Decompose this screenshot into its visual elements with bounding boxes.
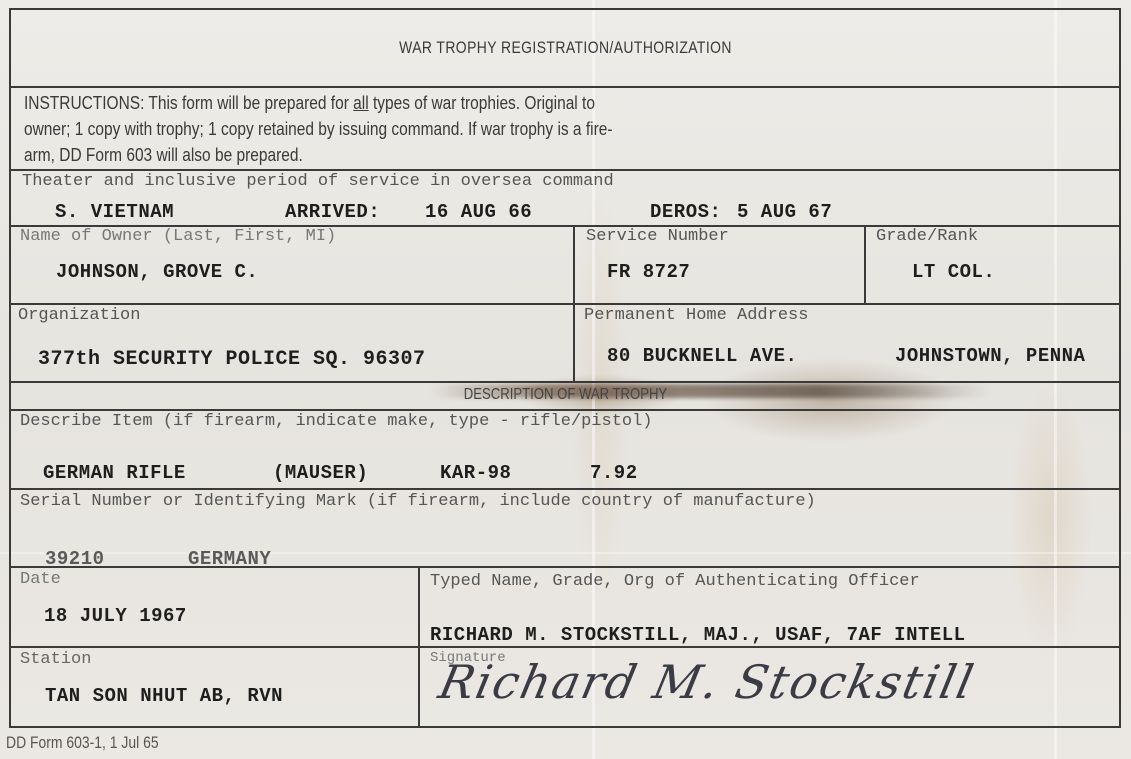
divider [418, 566, 420, 726]
divider [9, 488, 1121, 490]
item-type: GERMAN RIFLE [43, 462, 186, 484]
instructions-text: INSTRUCTIONS: This form will be prepared… [24, 93, 353, 113]
divider [573, 225, 575, 381]
item-make: (MAUSER) [273, 462, 368, 484]
divider [9, 169, 1121, 171]
serial-country: GERMANY [188, 548, 271, 570]
owner-name: JOHNSON, GROVE C. [56, 261, 258, 283]
divider [9, 646, 1121, 648]
form-border-bottom [9, 726, 1121, 728]
arrived-date: 16 AUG 66 [425, 201, 532, 223]
officer-value: RICHARD M. STOCKSTILL, MAJ., USAF, 7AF I… [430, 624, 966, 646]
item-model: KAR-98 [440, 462, 511, 484]
instructions-text: types of war trophies. Original to [369, 93, 595, 113]
item-caliber: 7.92 [590, 462, 638, 484]
grade-label: Grade/Rank [876, 227, 978, 246]
paper-crease [0, 552, 1131, 554]
service-number-label: Service Number [586, 227, 729, 246]
service-number: FR 8727 [607, 261, 690, 283]
instructions-text: arm, DD Form 603 will also be prepared. [24, 142, 970, 168]
item-label: Describe Item (if firearm, indicate make… [20, 412, 653, 431]
form-number: DD Form 603-1, 1 Jul 65 [6, 733, 159, 753]
trophy-section-title: DESCRIPTION OF WAR TROPHY [102, 386, 1029, 404]
form-border-top [9, 8, 1121, 10]
grade-value: LT COL. [912, 261, 995, 283]
officer-label: Typed Name, Grade, Org of Authenticating… [430, 572, 920, 591]
address-label: Permanent Home Address [584, 306, 808, 325]
date-value: 18 JULY 1967 [44, 605, 187, 627]
signature: Richard M. Stockstill [434, 655, 980, 709]
organization-label: Organization [18, 306, 140, 325]
form-title: WAR TROPHY REGISTRATION/AUTHORIZATION [102, 38, 1029, 58]
owner-name-label: Name of Owner (Last, First, MI) [20, 227, 336, 246]
form-border-left [9, 8, 11, 728]
deros-date: 5 AUG 67 [737, 201, 832, 223]
serial-label: Serial Number or Identifying Mark (if fi… [20, 492, 816, 511]
station-value: TAN SON NHUT AB, RVN [45, 685, 283, 707]
station-label: Station [20, 650, 91, 669]
serial-number: 39210 [45, 548, 105, 570]
divider [864, 225, 866, 303]
divider [9, 86, 1121, 88]
theater-country: S. VIETNAM [55, 201, 174, 223]
instructions-text: owner; 1 copy with trophy; 1 copy retain… [24, 116, 970, 142]
divider [9, 303, 1121, 305]
instructions: INSTRUCTIONS: This form will be prepared… [24, 90, 970, 168]
address-city: JOHNSTOWN, PENNA [895, 345, 1085, 367]
divider [9, 566, 1121, 568]
deros-label: DEROS: [650, 201, 721, 223]
date-label: Date [20, 570, 61, 589]
theater-label: Theater and inclusive period of service … [22, 172, 614, 191]
divider [9, 381, 1121, 383]
instructions-emphasis: all [353, 93, 368, 113]
form-border-right [1119, 8, 1121, 728]
organization-value: 377th SECURITY POLICE SQ. 96307 [38, 348, 426, 371]
address-street: 80 BUCKNELL AVE. [607, 345, 797, 367]
arrived-label: ARRIVED: [285, 201, 380, 223]
divider [9, 409, 1121, 411]
